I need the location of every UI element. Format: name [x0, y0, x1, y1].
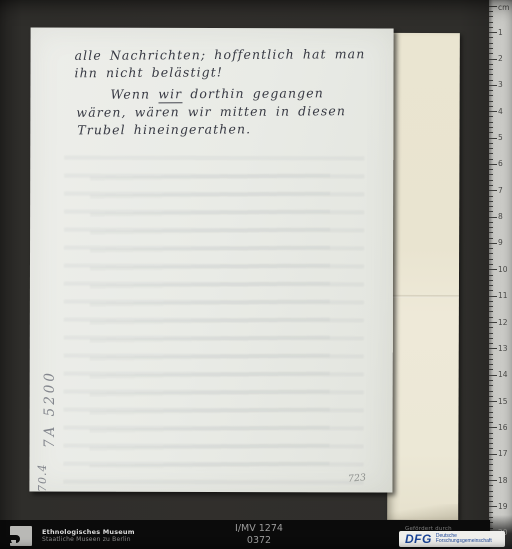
ruler-major-tick — [489, 59, 497, 60]
ruler-minor-tick — [489, 143, 493, 144]
ruler-minor-tick — [489, 264, 493, 265]
object-id: I/MV 1274 — [201, 522, 317, 535]
ruler-minor-tick — [489, 127, 493, 128]
ruler-number: 1 — [498, 28, 503, 37]
ruler-minor-tick — [489, 311, 493, 312]
cm-ruler: cm 1234567891011121314151617181920 — [489, 0, 512, 549]
ruler-number: 11 — [498, 291, 508, 300]
ruler-number: 9 — [498, 238, 503, 247]
ruler-minor-tick — [489, 380, 493, 381]
ruler-minor-tick — [489, 48, 493, 49]
ruler-minor-tick — [489, 148, 493, 149]
handwriting-line-2: ihn nicht belästigt! — [74, 64, 223, 80]
ruler-major-tick — [489, 454, 497, 455]
ruler-major-tick — [489, 401, 497, 402]
ruler-minor-tick — [489, 359, 493, 360]
ruler-minor-tick — [489, 290, 493, 291]
ruler-minor-tick — [489, 174, 493, 175]
ruler-minor-tick — [489, 475, 493, 476]
museum-organization: Staatliche Museen zu Berlin — [42, 536, 131, 543]
pencil-corner-mark: 723 — [348, 472, 367, 485]
ruler-minor-tick — [489, 338, 493, 339]
backing-slip — [387, 33, 460, 520]
slip-bottom-shadow — [387, 504, 458, 520]
ruler-major-tick — [489, 322, 497, 323]
ruler-minor-tick — [489, 433, 493, 434]
line3-post: dorthin gegangen — [182, 85, 324, 101]
smb-logo-notch — [10, 535, 20, 543]
ruler-minor-tick — [489, 391, 493, 392]
ruler-number: 10 — [498, 265, 508, 274]
ruler-minor-tick — [489, 159, 493, 160]
handwriting-line-5: Trubel hineingerathen. — [77, 121, 251, 137]
line3-underlined-word: wir — [158, 86, 182, 103]
ruler-major-tick — [489, 243, 497, 244]
ruler-minor-tick — [489, 364, 493, 365]
ruler-minor-tick — [489, 80, 493, 81]
smb-museum-logo-icon — [10, 526, 32, 546]
ruler-minor-tick — [489, 169, 493, 170]
dfg-name-line2: Forschungsgemeinschaft — [436, 538, 492, 544]
ink-showthrough-texture-2 — [89, 168, 330, 469]
ruler-minor-tick — [489, 248, 493, 249]
ruler-minor-tick — [489, 11, 493, 12]
ruler-minor-tick — [489, 180, 493, 181]
ruler-minor-tick — [489, 417, 493, 418]
ruler-minor-tick — [489, 343, 493, 344]
ruler-unit-label: cm — [498, 3, 509, 12]
ruler-number: 7 — [498, 186, 503, 195]
ruler-major-tick — [489, 138, 497, 139]
ruler-minor-tick — [489, 153, 493, 154]
ruler-minor-tick — [489, 396, 493, 397]
ruler-minor-tick — [489, 185, 493, 186]
ruler-number: 17 — [498, 449, 508, 458]
ruler-minor-tick — [489, 64, 493, 65]
dfg-logo: DFG Deutsche Forschungsgemeinschaft — [399, 531, 505, 547]
dfg-full-name: Deutsche Forschungsgemeinschaft — [436, 534, 492, 545]
ruler-number: 15 — [498, 397, 508, 406]
ruler-number: 12 — [498, 318, 508, 327]
pencil-number-mark: 70.4 — [36, 442, 49, 492]
ruler-major-tick — [489, 217, 497, 218]
ruler-minor-tick — [489, 122, 493, 123]
ruler-minor-tick — [489, 412, 493, 413]
ruler-minor-tick — [489, 464, 493, 465]
ruler-number: 3 — [498, 80, 503, 89]
ruler-minor-tick — [489, 222, 493, 223]
ruler-minor-tick — [489, 280, 493, 281]
ruler-minor-tick — [489, 132, 493, 133]
ruler-minor-tick — [489, 333, 493, 334]
ruler-minor-tick — [489, 438, 493, 439]
ruler-minor-tick — [489, 37, 493, 38]
ruler-minor-tick — [489, 327, 493, 328]
scan-viewport: alle Nachrichten; hoffentlich hat man ih… — [0, 0, 512, 549]
ruler-minor-tick — [489, 448, 493, 449]
line3-pre: Wenn — [110, 86, 158, 101]
ruler-number: 2 — [498, 54, 503, 63]
ruler-major-tick — [489, 375, 497, 376]
letter-page: alle Nachrichten; hoffentlich hat man ih… — [29, 28, 393, 493]
dfg-acronym: DFG — [405, 532, 432, 546]
ruler-minor-tick — [489, 443, 493, 444]
handwriting-line-3: Wenn wir dorthin gegangen — [110, 85, 324, 101]
ruler-minor-tick — [489, 69, 493, 70]
ruler-minor-tick — [489, 232, 493, 233]
image-number: 0372 — [201, 535, 317, 547]
ruler-minor-tick — [489, 485, 493, 486]
ruler-minor-tick — [489, 369, 493, 370]
ruler-number: 6 — [498, 159, 503, 168]
ruler-minor-tick — [489, 501, 493, 502]
ruler-minor-tick — [489, 196, 493, 197]
museum-name: Ethnologisches Museum — [42, 528, 135, 536]
ruler-minor-tick — [489, 16, 493, 17]
ruler-minor-tick — [489, 470, 493, 471]
ruler-number: 14 — [498, 370, 508, 379]
ruler-major-tick — [489, 85, 497, 86]
ruler-minor-tick — [489, 74, 493, 75]
ruler-minor-tick — [489, 354, 493, 355]
ruler-minor-tick — [489, 27, 493, 28]
ruler-major-tick — [489, 164, 497, 165]
ruler-minor-tick — [489, 201, 493, 202]
ruler-major-tick — [489, 480, 497, 481]
ruler-number: 5 — [498, 133, 503, 142]
ruler-minor-tick — [489, 95, 493, 96]
ruler-minor-tick — [489, 116, 493, 117]
ruler-number: 8 — [498, 212, 503, 221]
ruler-minor-tick — [489, 53, 493, 54]
ruler-minor-tick — [489, 385, 493, 386]
ruler-minor-tick — [489, 227, 493, 228]
ruler-minor-tick — [489, 512, 493, 513]
ruler-number: 4 — [498, 107, 503, 116]
ruler-major-tick — [489, 296, 497, 297]
ruler-minor-tick — [489, 285, 493, 286]
ruler-major-tick — [489, 506, 497, 507]
ruler-minor-tick — [489, 301, 493, 302]
ruler-minor-tick — [489, 422, 493, 423]
ruler-minor-tick — [489, 306, 493, 307]
ruler-minor-tick — [489, 275, 493, 276]
ruler-minor-tick — [489, 496, 493, 497]
ruler-minor-tick — [489, 491, 493, 492]
ruler-major-tick — [489, 348, 497, 349]
ruler-minor-tick — [489, 238, 493, 239]
ruler-minor-tick — [489, 211, 493, 212]
object-id-block: I/MV 1274 0372 — [201, 522, 317, 547]
slip-fold-crease — [388, 295, 459, 298]
handwriting-line-4: wären, wären wir mitten in diesen — [76, 103, 346, 120]
ruler-minor-tick — [489, 206, 493, 207]
ruler-minor-tick — [489, 459, 493, 460]
ruler-major-tick — [489, 6, 497, 7]
ruler-minor-tick — [489, 253, 493, 254]
ruler-major-tick — [489, 427, 497, 428]
ruler-major-tick — [489, 269, 497, 270]
ruler-minor-tick — [489, 22, 493, 23]
ruler-number: 16 — [498, 423, 508, 432]
pencil-inventory-mark: 7A 5200 — [42, 296, 58, 448]
ruler-minor-tick — [489, 259, 493, 260]
ruler-major-tick — [489, 111, 497, 112]
ruler-major-tick — [489, 32, 497, 33]
ruler-minor-tick — [489, 43, 493, 44]
ruler-minor-tick — [489, 106, 493, 107]
ruler-minor-tick — [489, 406, 493, 407]
ruler-major-tick — [489, 190, 497, 191]
ruler-number: 13 — [498, 344, 508, 353]
ruler-number: 18 — [498, 476, 508, 485]
ruler-number: 19 — [498, 502, 508, 511]
ruler-minor-tick — [489, 101, 493, 102]
ruler-minor-tick — [489, 317, 493, 318]
ruler-minor-tick — [489, 90, 493, 91]
handwriting-line-1: alle Nachrichten; hoffentlich hat man — [74, 46, 365, 63]
